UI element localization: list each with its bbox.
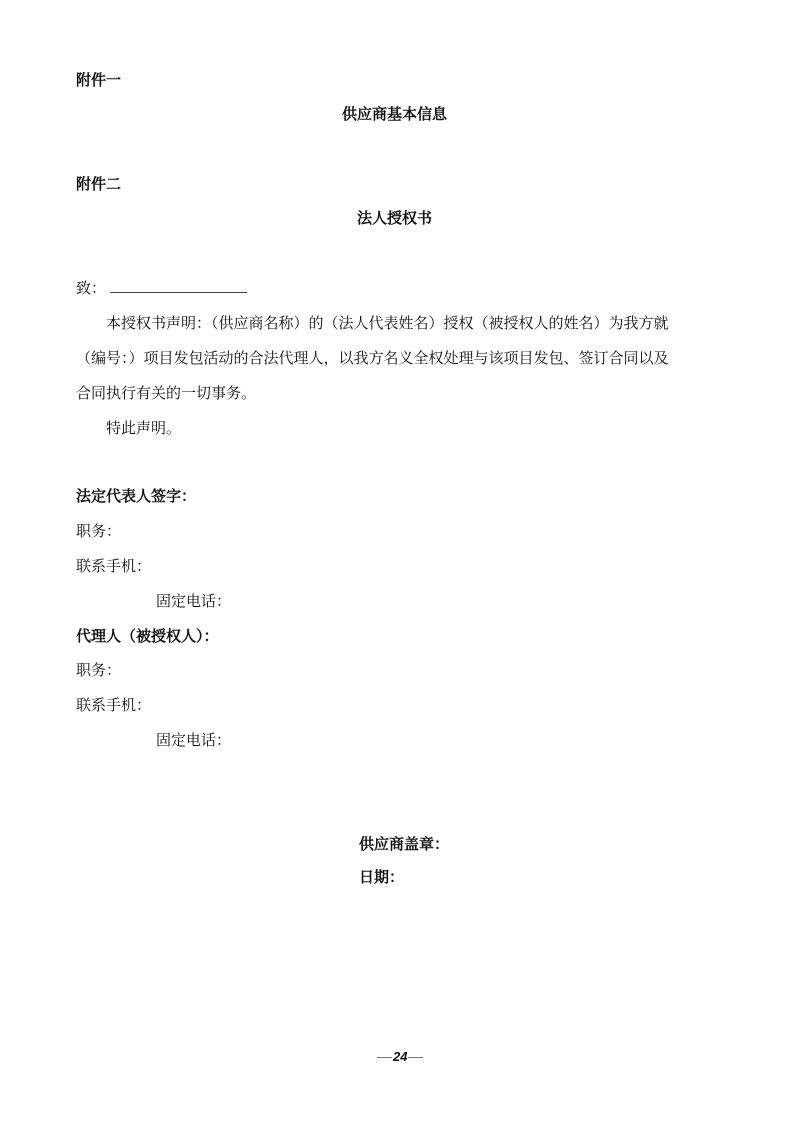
agent-phone: 固定电话：	[156, 730, 231, 750]
agent-mobile: 联系手机：	[76, 695, 151, 715]
legal-rep-phone: 固定电话：	[156, 591, 231, 611]
date-label: 日期：	[359, 867, 404, 887]
footer-dash-left	[377, 1057, 392, 1058]
letter-closing: 特此声明。	[106, 418, 181, 438]
legal-rep-mobile: 联系手机：	[76, 556, 151, 576]
agent-position: 职务：	[76, 660, 121, 680]
to-label: 致：	[76, 279, 106, 297]
legal-rep-position: 职务：	[76, 521, 121, 541]
attachment1-label: 附件一	[76, 70, 121, 90]
supplier-stamp-label: 供应商盖章：	[359, 834, 449, 854]
attachment1-title: 供应商基本信息	[342, 104, 447, 124]
footer-dash-right	[408, 1057, 423, 1058]
letter-body-line1: 本授权书声明：（供应商名称）的（法人代表姓名）授权（被授权人的姓名）为我方就	[106, 313, 669, 333]
letter-body-line2: （编号：）项目发包活动的合法代理人，以我方名义全权处理与该项目发包、签订合同以及	[76, 348, 669, 368]
letter-body-line3: 合同执行有关的一切事务。	[76, 383, 256, 403]
letter-recipient: 致：	[76, 278, 247, 298]
attachment2-title: 法人授权书	[357, 208, 432, 228]
agent-heading: 代理人（被授权人）：	[76, 626, 219, 646]
recipient-blank-line	[110, 280, 247, 293]
legal-rep-heading: 法定代表人签字：	[76, 486, 196, 506]
page-number: 24	[393, 1049, 407, 1064]
page-footer: 24	[376, 1046, 424, 1067]
attachment2-label: 附件二	[76, 174, 121, 194]
